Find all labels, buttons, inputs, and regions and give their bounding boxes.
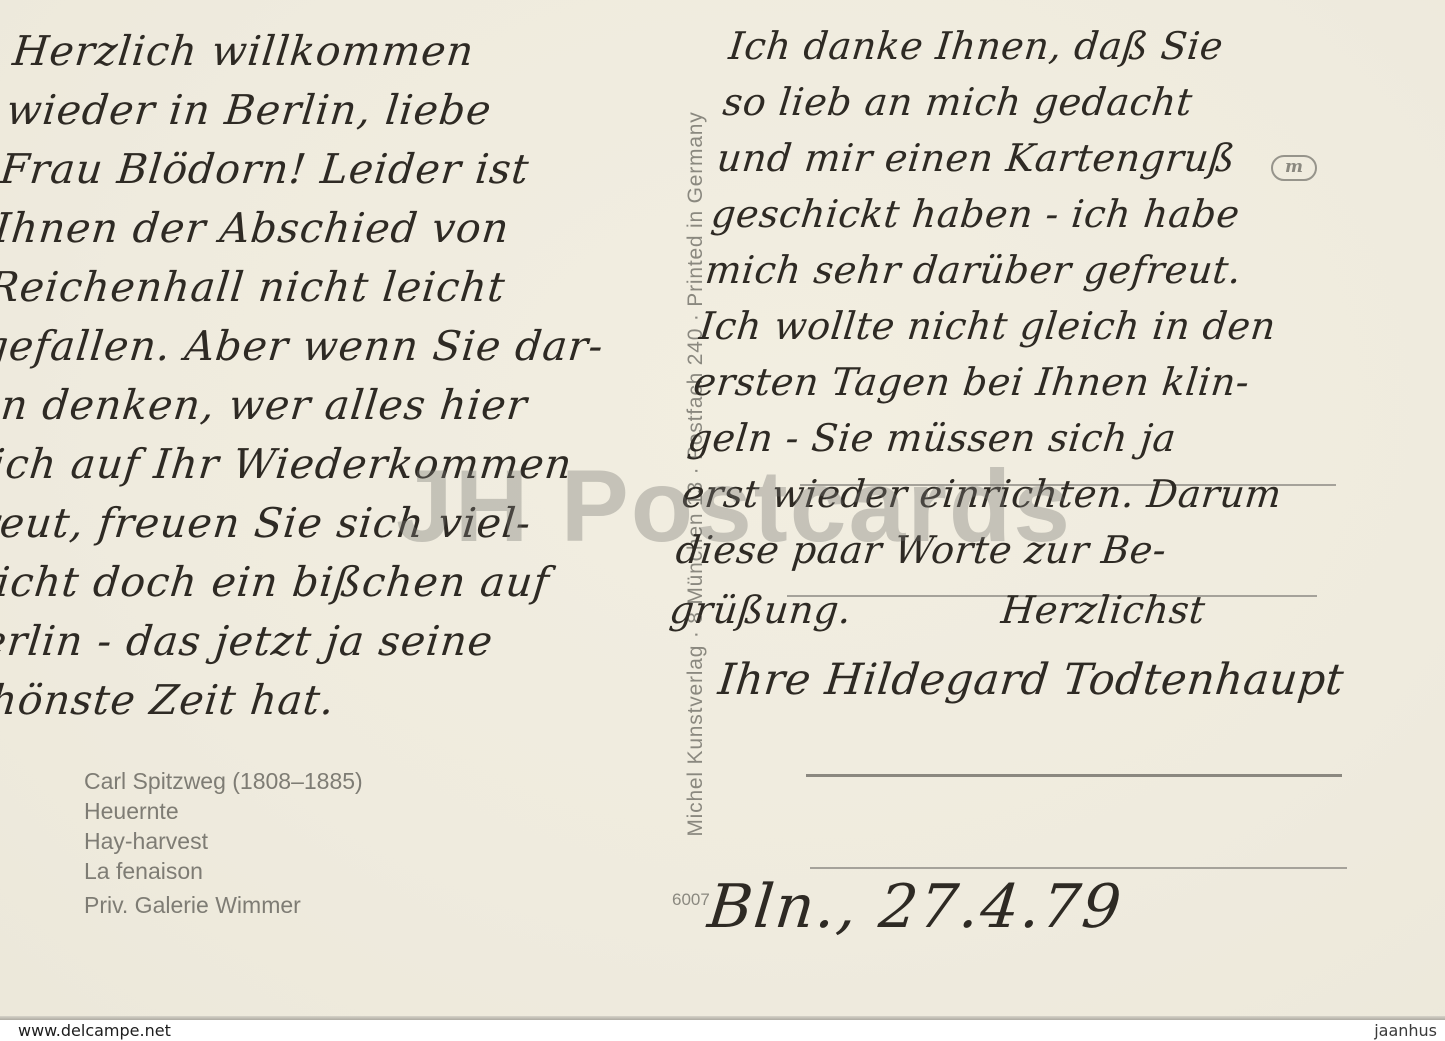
jh-postcards-watermark: JH Postcards	[396, 448, 1072, 565]
handwritten-line: und mir einen Kartengruß	[714, 130, 1433, 186]
handwritten-line: Ich danke Ihnen, daß Sie	[726, 18, 1445, 74]
address-line-3	[806, 774, 1342, 777]
handwritten-line: Ihnen der Abschied von	[0, 199, 665, 258]
handwritten-line: Herzlich willkommen	[10, 22, 684, 81]
caption-artist: Carl Spitzweg (1808–1885)	[84, 766, 363, 796]
caption-gallery: Priv. Galerie Wimmer	[84, 890, 363, 920]
handwritten-line: mich sehr darüber gefreut.	[703, 242, 1422, 298]
handwritten-line: Frau Blödorn! Leider ist	[0, 140, 672, 199]
handwritten-closing: grüßung. Herzlichst	[667, 582, 1386, 638]
valediction: Herzlichst	[999, 582, 1209, 638]
handwritten-message-right: Ich danke Ihnen, daß Sie so lieb an mich…	[659, 18, 1445, 708]
card-number: 6007	[672, 890, 710, 910]
caption-title-fr: La fenaison	[84, 856, 363, 886]
handwritten-line: Berlin - das jetzt ja seine	[0, 612, 622, 671]
michel-logo-letter: m	[1285, 159, 1303, 176]
caption-title-de: Heuernte	[84, 796, 363, 826]
address-line-4	[810, 867, 1347, 869]
caption-block: Carl Spitzweg (1808–1885) Heuernte Hay-h…	[84, 766, 363, 920]
closing-word: grüßung.	[667, 582, 855, 638]
handwritten-line: geschickt haben - ich habe	[708, 186, 1427, 242]
handwritten-line: ersten Tagen bei Ihnen klin-	[691, 354, 1410, 410]
postcard-scan: Herzlich willkommen wieder in Berlin, li…	[0, 0, 1445, 1041]
caption-title-en: Hay-harvest	[84, 826, 363, 856]
postcard-back: Herzlich willkommen wieder in Berlin, li…	[0, 0, 1445, 1016]
handwritten-line: an denken, wer alles hier	[0, 376, 647, 435]
signature: Ihre Hildegard Todtenhaupt	[715, 652, 1378, 708]
michel-logo-icon: m	[1271, 155, 1317, 181]
handwritten-line: so lieb an mich gedacht	[720, 74, 1439, 130]
handwritten-line: schönste Zeit hat.	[0, 671, 616, 730]
delcampe-watermark: www.delcampe.net	[18, 1021, 171, 1040]
handwritten-line: Reichenhall nicht leicht	[0, 258, 659, 317]
scan-footer: www.delcampe.net jaanhus	[0, 1020, 1445, 1041]
handwritten-line: gefallen. Aber wenn Sie dar-	[0, 317, 653, 376]
handwritten-message-left: Herzlich willkommen wieder in Berlin, li…	[0, 22, 684, 730]
handwritten-date: Bln., 27.4.79	[705, 872, 1127, 942]
handwritten-line: wieder in Berlin, liebe	[4, 81, 678, 140]
seller-watermark: jaanhus	[1374, 1021, 1437, 1040]
handwritten-line: Ich wollte nicht gleich in den	[697, 298, 1416, 354]
